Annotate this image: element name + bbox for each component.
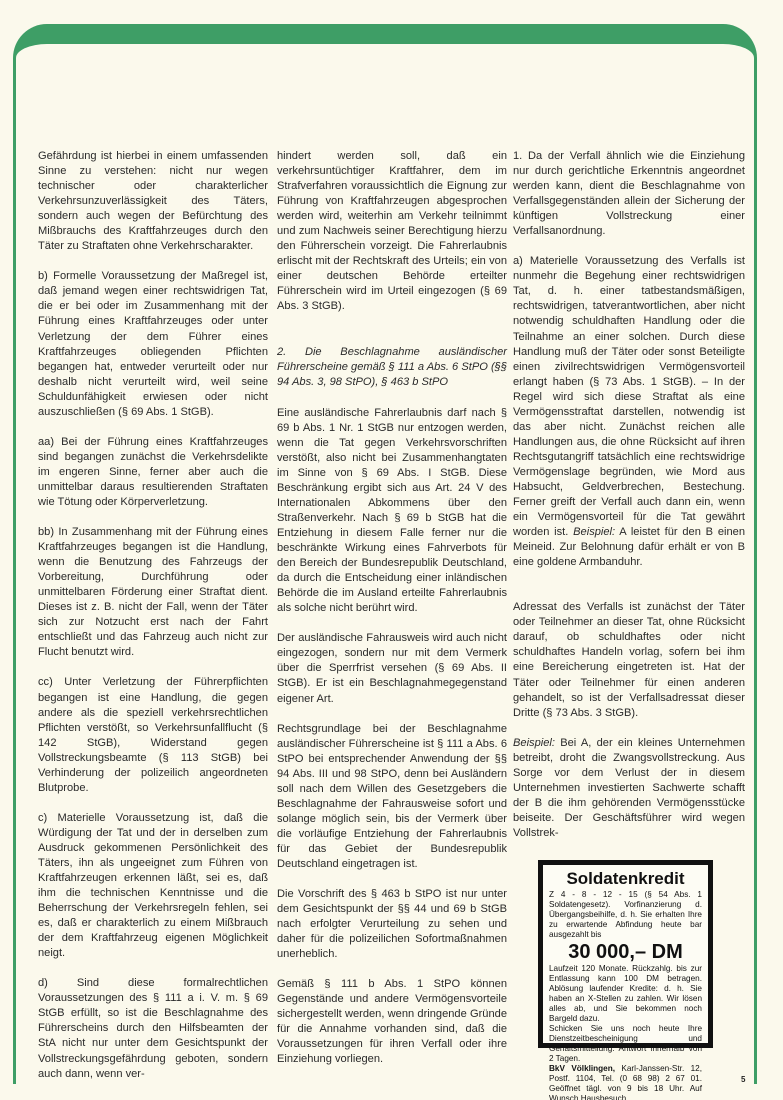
- paragraph: a) Materielle Voraussetzung des Verfalls…: [513, 254, 745, 570]
- advertisement-box: Soldatenkredit Z 4 - 8 - 12 - 15 (§ 54 A…: [538, 860, 713, 1048]
- paragraph: Eine ausländische Fahrerlaubnis darf nac…: [277, 406, 507, 617]
- ad-company: BkV Völklingen,: [549, 1064, 615, 1073]
- paragraph: aa) Bei der Führung eines Kraftfahrzeuge…: [38, 435, 268, 510]
- example-label: Beispiel:: [573, 526, 615, 538]
- paragraph: Rechtsgrundlage bei der Beschlagnahme au…: [277, 722, 507, 872]
- ad-terms: Laufzeit 120 Monate. Rückzahlg. bis zur …: [549, 964, 702, 1024]
- text-column-3: 1. Da der Verfall ähnlich wie die Einzie…: [513, 149, 745, 856]
- section-heading: 2. Die Beschlagnahme ausländischer Führe…: [277, 345, 507, 390]
- page-number: 5: [741, 1075, 745, 1084]
- ad-call-to-action: Schicken Sie uns noch heute Ihre Dienstz…: [549, 1024, 702, 1064]
- paragraph: d) Sind diese formalrechtlichen Vorausse…: [38, 976, 268, 1081]
- example-label: Beispiel:: [513, 737, 555, 749]
- paragraph: Gefährdung ist hierbei in einem umfassen…: [38, 149, 268, 254]
- paragraph: Beispiel: Bei A, der ein kleines Unterne…: [513, 736, 745, 841]
- text-column-1: Gefährdung ist hierbei in einem umfassen…: [38, 149, 268, 1097]
- paragraph: cc) Unter Verletzung der Führerpflichten…: [38, 675, 268, 795]
- paragraph: Adressat des Verfalls ist zunächst der T…: [513, 600, 745, 720]
- paragraph: Der ausländische Fahrausweis wird auch n…: [277, 631, 507, 706]
- paragraph: hindert werden soll, daß ein verkehrsunt…: [277, 149, 507, 315]
- paragraph: c) Materielle Voraussetzung ist, daß die…: [38, 811, 268, 961]
- paragraph: bb) In Zusammenhang mit der Führung eine…: [38, 525, 268, 660]
- paragraph: Die Vorschrift des § 463 b StPO ist nur …: [277, 887, 507, 962]
- ad-amount: 30 000,– DM: [549, 941, 702, 963]
- ad-title: Soldatenkredit: [549, 869, 702, 888]
- paragraph: Gemäß § 111 b Abs. 1 StPO können Gegenst…: [277, 977, 507, 1067]
- ad-intro: Z 4 - 8 - 12 - 15 (§ 54 Abs. 1 Soldateng…: [549, 890, 702, 940]
- ad-contact: BkV Völklingen, Karl-Janssen-Str. 12, Po…: [549, 1064, 702, 1100]
- paragraph: 1. Da der Verfall ähnlich wie die Einzie…: [513, 149, 745, 239]
- text-column-2: hindert werden soll, daß ein verkehrsunt…: [277, 149, 507, 1083]
- paragraph: b) Formelle Voraussetzung der Maßregel i…: [38, 269, 268, 419]
